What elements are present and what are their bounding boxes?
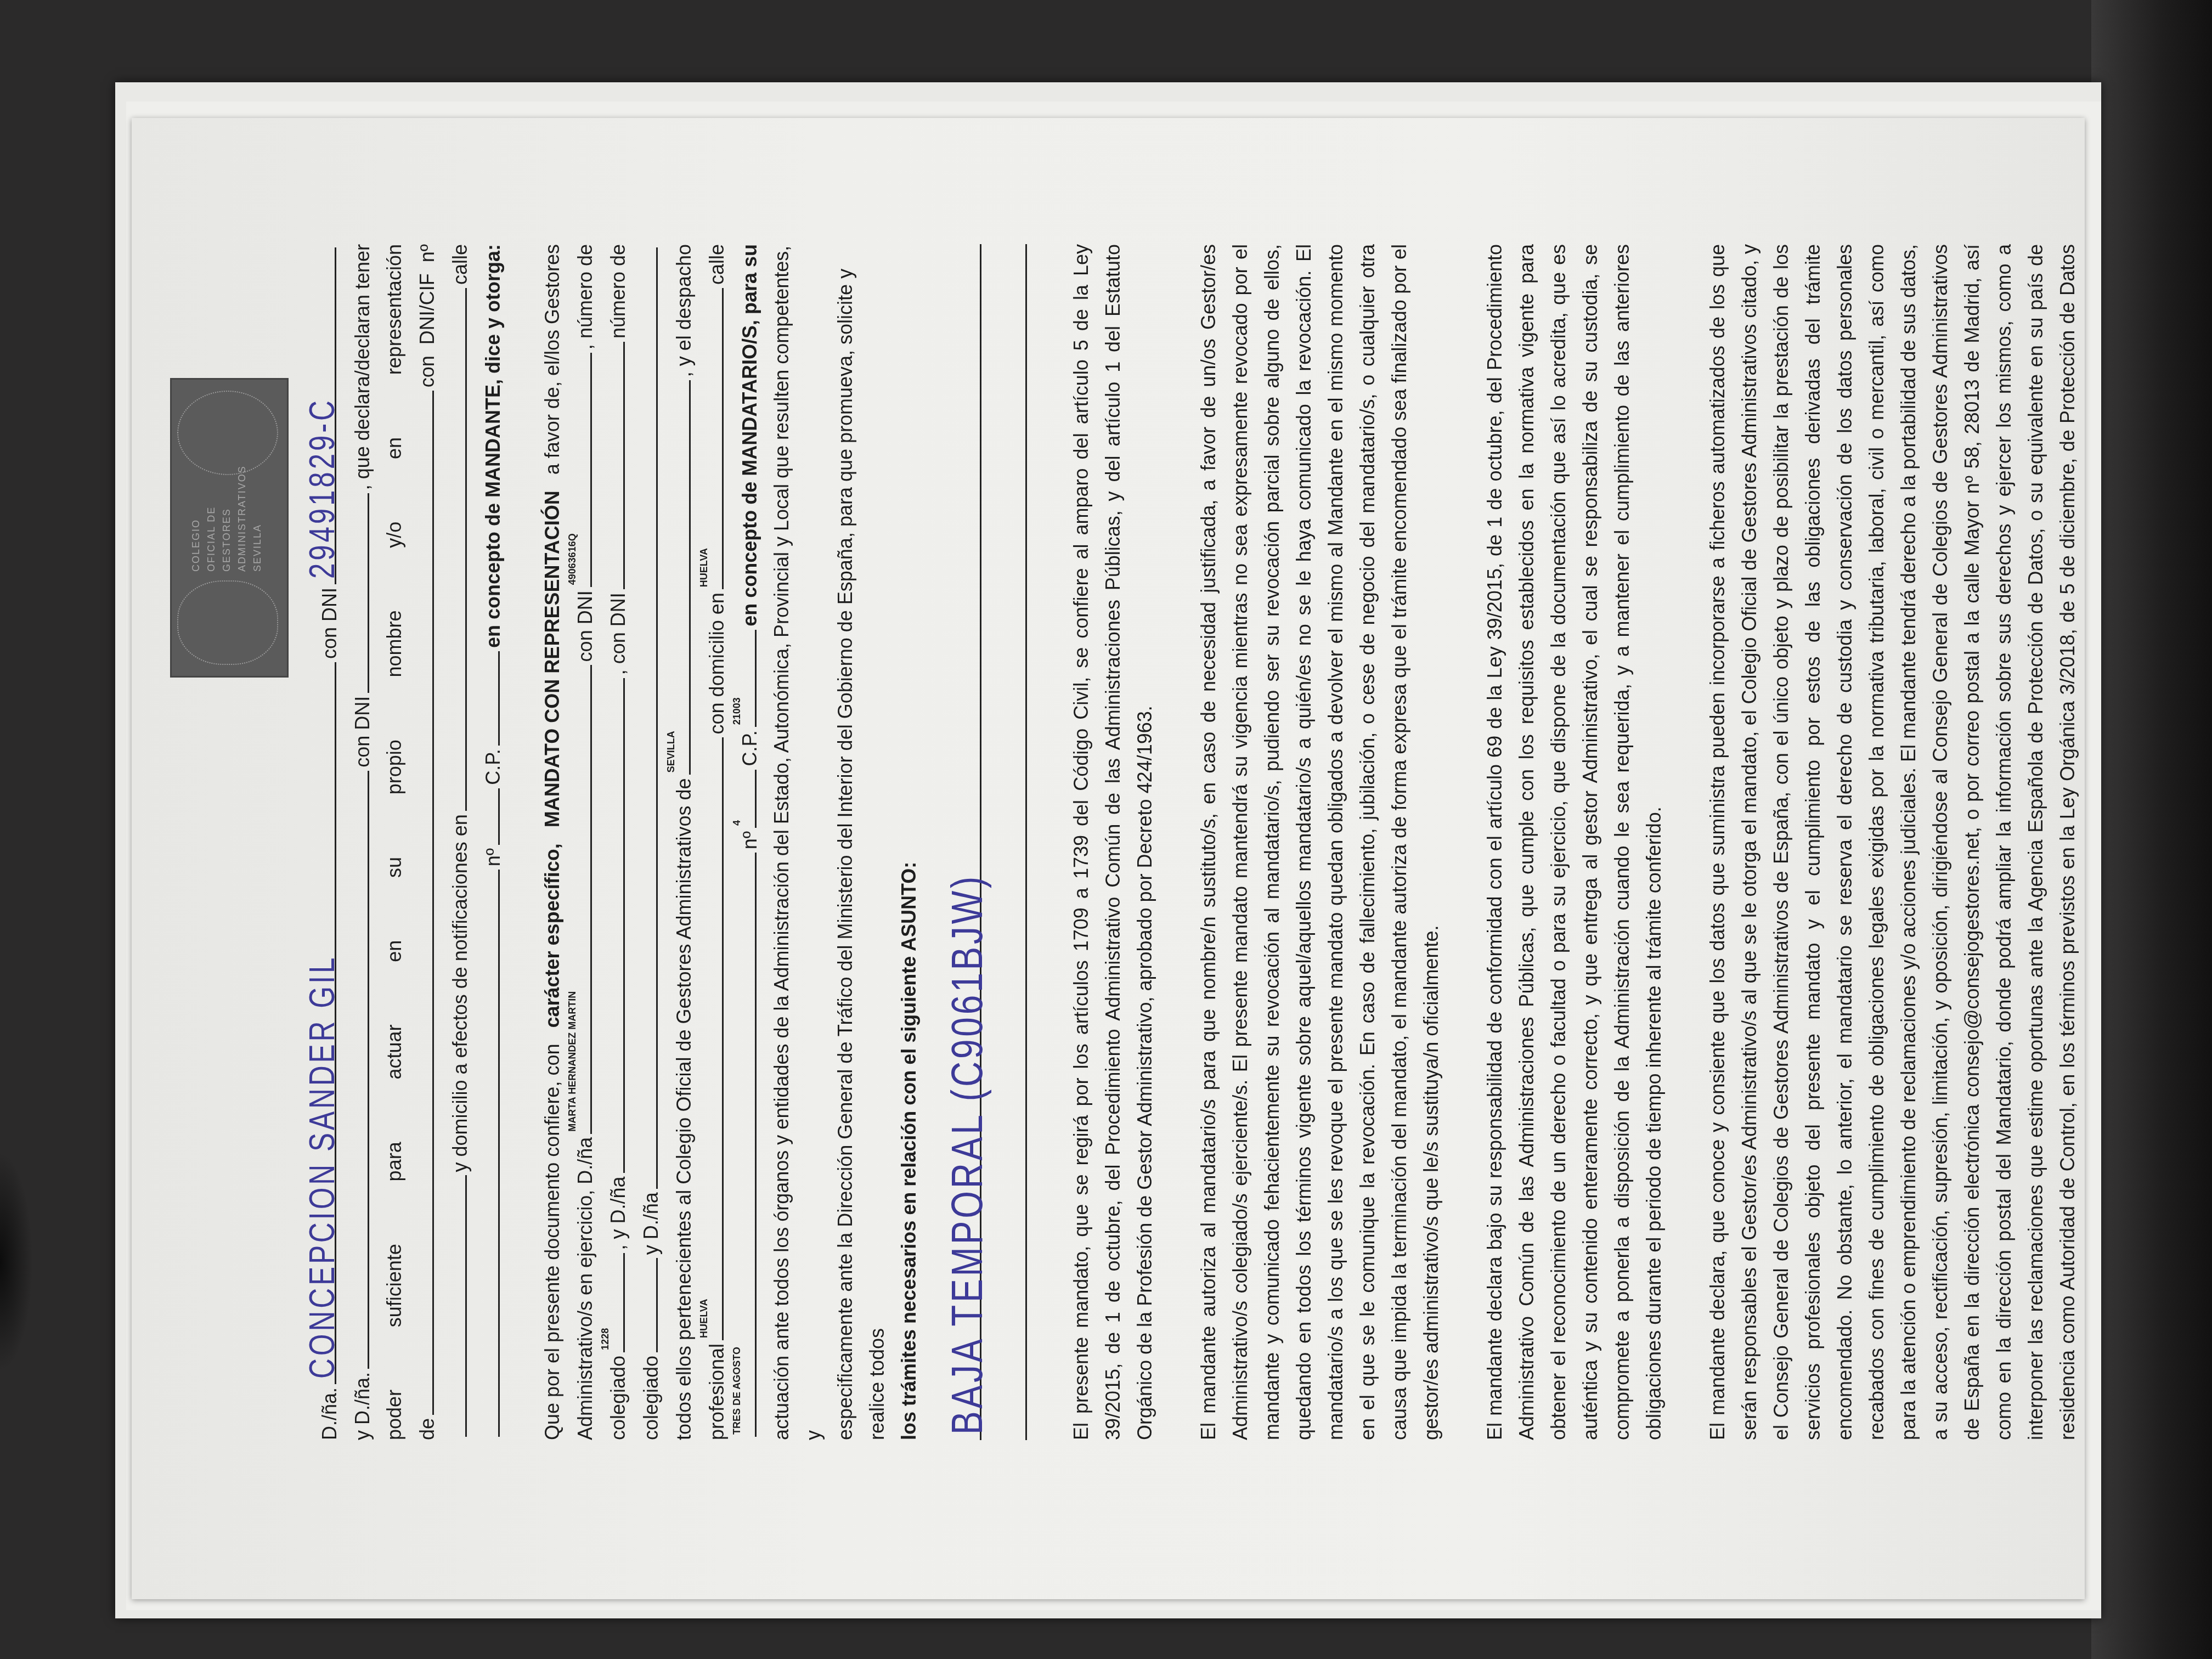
third-gestor-field[interactable]	[634, 247, 658, 1189]
college-stamp: COLEGIO OFICIAL DE GESTORES ADMINISTRATI…	[170, 378, 289, 678]
despacho-city-field[interactable]: HUELVA	[700, 737, 724, 1340]
representado-field[interactable]	[410, 391, 434, 1415]
cp-field[interactable]	[476, 651, 500, 746]
domicilio-city-field[interactable]: HUELVA	[700, 288, 724, 589]
despacho-cp-field[interactable]: 21003	[733, 630, 757, 727]
profesional-line: profesional HUELVA con domicilio en HUEL…	[700, 244, 733, 1440]
stamp-text: COLEGIO OFICIAL DE GESTORES ADMINISTRATI…	[188, 484, 265, 572]
despacho-number-field[interactable]: 4	[733, 770, 757, 828]
poder-line: poder suficiente para actuar en su propi…	[379, 244, 410, 1440]
hand-shadow	[0, 1152, 33, 1372]
second-gestor-dni-field[interactable]	[601, 342, 625, 589]
calle-field[interactable]	[476, 870, 500, 1437]
otorga-line: Que por el presente documento confiere, …	[537, 244, 568, 1440]
paragraph-responsabilidad: El mandante declara bajo su responsabili…	[1479, 244, 1670, 1440]
notificaciones-field[interactable]	[443, 288, 467, 811]
despacho-street-field[interactable]: TRES DE AGOSTO	[733, 853, 757, 1437]
form-body: D./ña. CONCEPCION SANDER GIL con DNI 294…	[313, 244, 2085, 1440]
paragraph-sustitucion: El mandante autoriza al mandatario/s par…	[1193, 244, 1447, 1440]
asunto-field[interactable]: BAJA TEMPORAL (C9061BJW)	[930, 244, 981, 1440]
mandante-name-field[interactable]: CONCEPCION SANDER GIL	[313, 662, 336, 1384]
seal-icon-left	[177, 580, 278, 665]
colegiado-number-field[interactable]: 1228	[601, 1253, 625, 1352]
gestor-name-field[interactable]: MARTA HERNANDEZ MARTIN	[568, 665, 592, 1133]
despacho-address-line: TRES DE AGOSTO nº 4 C.P. 21003 en concep…	[733, 244, 766, 1440]
calle-line: nº C.P. en concepto de MANDANTE, dice y …	[476, 244, 509, 1440]
representado-dni-field[interactable]	[443, 1175, 467, 1437]
mandante-name-value: CONCEPCION SANDER GIL	[306, 955, 338, 1379]
actuacion-text: actuación ante todos los órganos y entid…	[766, 244, 925, 1440]
mandate-page: COLEGIO OFICIAL DE GESTORES ADMINISTRATI…	[132, 140, 1942, 1522]
dark-background-right	[2091, 0, 2212, 1659]
paragraph-proteccion-datos: El mandante declara, que conoce y consie…	[1702, 244, 2085, 1440]
representado-line: de con DNI/CIF nº	[410, 244, 443, 1440]
domicilio-line: y domicilio a efectos de notificaciones …	[443, 244, 476, 1440]
second-mandante-line: y D./ña. con DNI , que declara/declaran …	[346, 244, 379, 1440]
seal-icon-right	[177, 391, 278, 475]
mandante-dni-value: 29491829-C	[306, 398, 338, 579]
colegiado-line: colegiado 1228 , y D./ña , con DNI númer…	[601, 244, 634, 1440]
mandante-dni-field[interactable]: 29491829-C	[313, 247, 336, 584]
colegiado-line-2: colegiado y D./ña	[634, 244, 667, 1440]
paragraph-regimen: El presente mandato, que se regirá por l…	[1065, 244, 1161, 1440]
legal-text: El presente mandato, que se regirá por l…	[1065, 244, 2085, 1440]
gestor-dni-field[interactable]: 49063616Q	[568, 353, 592, 587]
gestor-line: Administrativo/s en ejercicio, D./ña MAR…	[568, 244, 601, 1440]
mandante-name-line: D./ña. CONCEPCION SANDER GIL con DNI 294…	[313, 244, 346, 1440]
colegio-city-field[interactable]: SEVILLA	[667, 380, 691, 775]
second-colegiado-number-field[interactable]	[634, 1258, 658, 1352]
second-mandante-dni-field[interactable]	[346, 493, 369, 692]
pertenecientes-line: todos ellos pertenecientes al Colegio Of…	[667, 244, 700, 1440]
numero-field[interactable]	[476, 788, 500, 845]
second-gestor-name-field[interactable]	[601, 678, 625, 1173]
asunto-value: BAJA TEMPORAL (C9061BJW)	[951, 874, 983, 1435]
second-mandante-name-field[interactable]	[346, 771, 369, 1369]
document-sheet: COLEGIO OFICIAL DE GESTORES ADMINISTRATI…	[132, 118, 2085, 1599]
